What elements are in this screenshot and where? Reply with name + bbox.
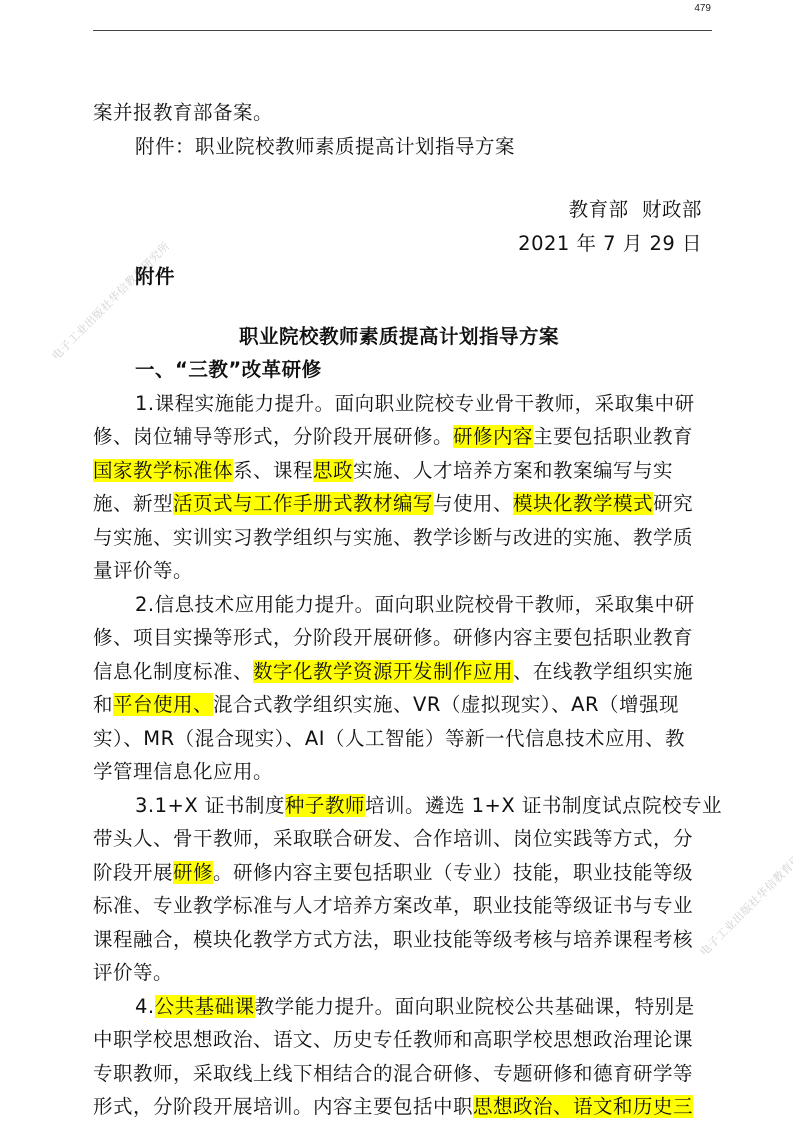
highlight: 活页式与工作手册式教材编写: [173, 492, 433, 515]
paragraph-line: 4.公共基础课教学能力提升。面向职业院校公共基础课，特别是: [93, 990, 705, 1024]
highlight: 研修内容: [453, 425, 533, 448]
paragraph-line: 量评价等。: [93, 554, 705, 588]
attachment-title: 职业院校教师素质提高计划指导方案: [93, 320, 705, 354]
highlight: 公共基础课: [155, 995, 255, 1018]
highlight: 模块化教学模式: [513, 492, 653, 515]
paragraph-line: 和平台使用、混合式教学组织实施、VR（虚拟现实）、AR（增强现: [93, 688, 705, 722]
paragraph-line: 学管理信息化应用。: [93, 755, 705, 789]
paragraph-line: 带头人、骨干教师，采取联合研发、合作培训、岗位实践等方式，分: [93, 822, 705, 856]
highlight: 种子教师: [285, 794, 365, 817]
paragraph-line: 3.1+X 证书制度种子教师培训。遴选 1+X 证书制度试点院校专业: [93, 789, 705, 823]
paragraph-line: 修、岗位辅导等形式，分阶段开展研修。研修内容主要包括职业教育: [93, 420, 705, 454]
intro-line: 案并报教育部备案。: [93, 96, 705, 130]
paragraph-1: 1.课程实施能力提升。面向职业院校专业骨干教师，采取集中研 修、岗位辅导等形式，…: [93, 387, 705, 588]
attachment-label: 附件: [93, 260, 705, 294]
paragraph-line: 国家教学标准体系、课程思政实施、人才培养方案和教案编写与实: [93, 454, 705, 488]
spacer: [93, 294, 705, 320]
attachment-note: 附件：职业院校教师素质提高计划指导方案: [93, 130, 705, 164]
paragraph-line: 施、新型活页式与工作手册式教材编写与使用、模块化教学模式研究: [93, 487, 705, 521]
paragraph-4: 4.公共基础课教学能力提升。面向职业院校公共基础课，特别是 中职学校思想政治、语…: [93, 990, 705, 1122]
paragraph-line: 与实施、实训实习教学组织与实施、教学诊断与改进的实施、教学质: [93, 521, 705, 555]
spacer: [93, 163, 705, 193]
page-number: 479: [694, 3, 711, 14]
document-body: 案并报教育部备案。 附件：职业院校教师素质提高计划指导方案 教育部 财政部 20…: [93, 96, 705, 1122]
paragraph-2: 2.信息技术应用能力提升。面向职业院校骨干教师，采取集中研 修、项目实操等形式，…: [93, 588, 705, 789]
paragraph-line: 1.课程实施能力提升。面向职业院校专业骨干教师，采取集中研: [93, 387, 705, 421]
highlight: 国家教学标准体: [93, 459, 233, 482]
paragraph-line: 修、项目实操等形式，分阶段开展研修。研修内容主要包括职业教育: [93, 621, 705, 655]
paragraph-line: 评价等。: [93, 956, 705, 990]
paragraph-line: 实）、MR（混合现实）、AI（人工智能）等新一代信息技术应用、教: [93, 722, 705, 756]
paragraph-line: 阶段开展研修。研修内容主要包括职业（专业）技能，职业技能等级: [93, 856, 705, 890]
section-heading: 一、“三教”改革研修: [93, 353, 705, 387]
paragraph-3: 3.1+X 证书制度种子教师培训。遴选 1+X 证书制度试点院校专业 带头人、骨…: [93, 789, 705, 990]
paragraph-line: 专职教师，采取线上线下相结合的混合研修、专题研修和德育研学等: [93, 1057, 705, 1091]
paragraph-line: 形式，分阶段开展培训。内容主要包括中职思想政治、语文和历史三: [93, 1090, 705, 1122]
signatories: 教育部 财政部: [93, 193, 705, 227]
watermark-right: 电子工业出版社华信教育研究所: [696, 834, 793, 959]
header-rule: [93, 30, 712, 31]
highlight: 研修: [173, 861, 213, 884]
highlight: 平台使用、: [113, 693, 213, 716]
paragraph-line: 课程融合，模块化教学方式方法，职业技能等级考核与培养课程考核: [93, 923, 705, 957]
highlight: 思想政治、语文和历史三: [473, 1095, 693, 1118]
paragraph-line: 信息化制度标准、数字化教学资源开发制作应用、在线教学组织实施: [93, 655, 705, 689]
paragraph-line: 2.信息技术应用能力提升。面向职业院校骨干教师，采取集中研: [93, 588, 705, 622]
highlight: 思政: [313, 459, 353, 482]
highlight: 数字化教学资源开发制作应用: [253, 660, 513, 683]
paragraph-line: 中职学校思想政治、语文、历史专任教师和高职学校思想政治理论课: [93, 1023, 705, 1057]
document-date: 2021 年 7 月 29 日: [93, 227, 705, 261]
paragraph-line: 标准、专业教学标准与人才培养方案改革，职业技能等级证书与专业: [93, 889, 705, 923]
